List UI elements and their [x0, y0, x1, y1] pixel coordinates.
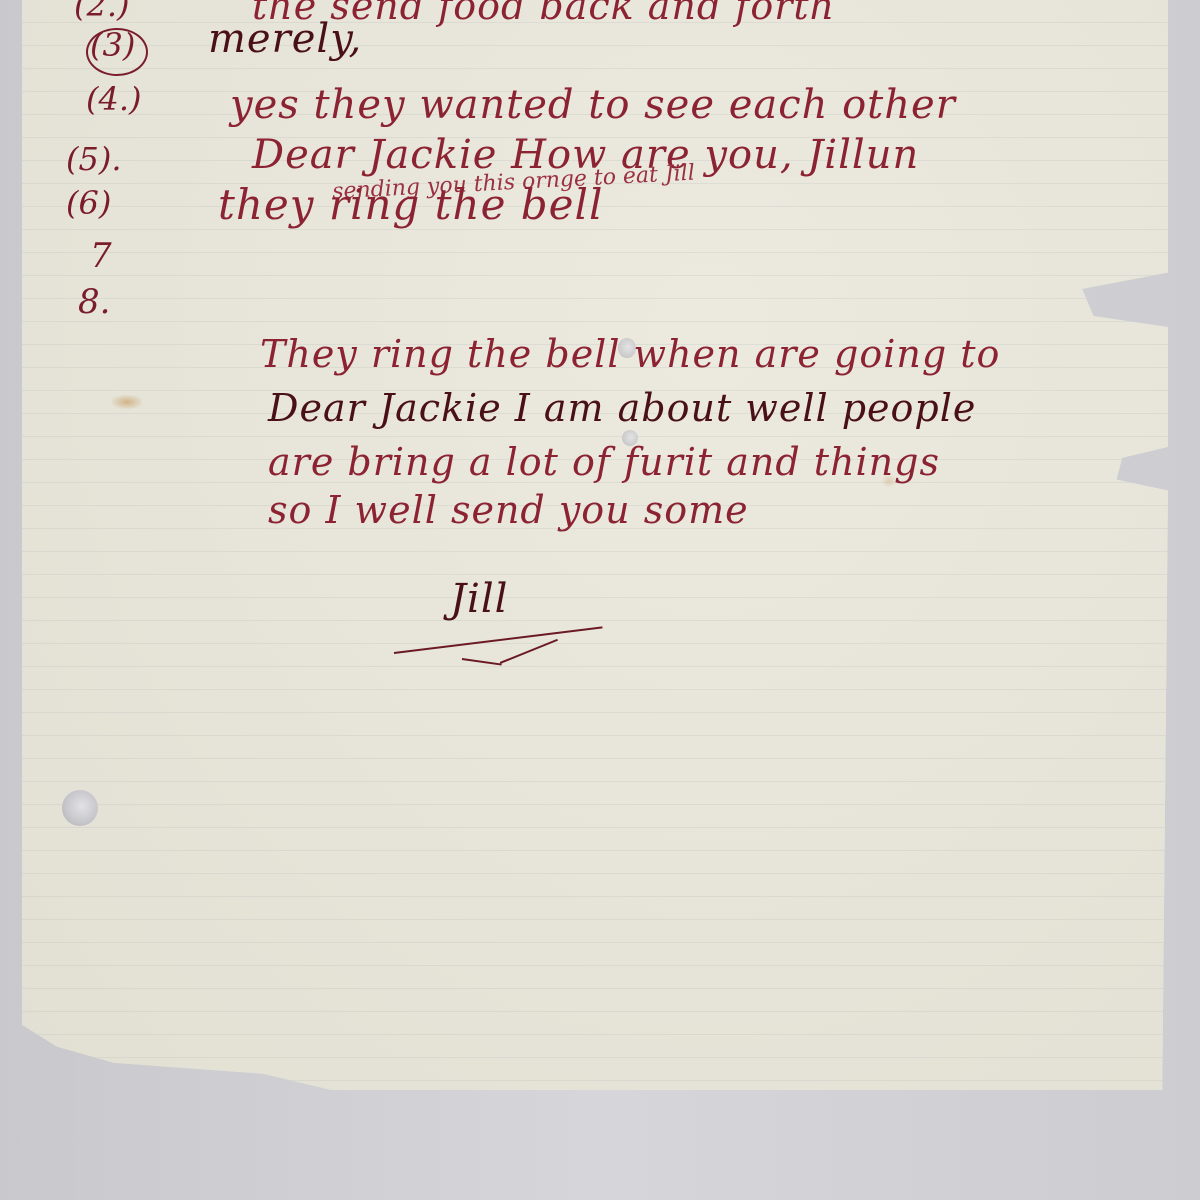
paragraph-line-4: so I well send you some: [268, 488, 749, 532]
answer-number-2: (2.): [74, 0, 130, 24]
paragraph-line-2: Dear Jackie I am about well people: [268, 386, 976, 430]
answer-text-6: they ring the bell: [218, 180, 603, 229]
paragraph-line-1: They ring the bell when are going to: [260, 332, 1000, 376]
lined-paper-sheet: (2.) the send food back and forth (3) me…: [22, 0, 1168, 1090]
answer-number-7: 7: [90, 236, 112, 276]
signature-flourish-2: [500, 639, 558, 664]
binder-hole: [62, 790, 98, 826]
signature-underline: [394, 626, 603, 654]
paragraph-line-3: are bring a lot of furit and things: [268, 440, 940, 484]
answer-number-6: (6): [66, 184, 111, 222]
answer-text-3: merely,: [208, 16, 362, 62]
signature-flourish: [462, 658, 502, 665]
signature: Jill: [450, 576, 508, 622]
answer-number-8: 8.: [78, 282, 110, 322]
answer-number-4: (4.): [86, 80, 142, 118]
paragraph-line-2-text: Dear Jackie I am about well people: [268, 386, 976, 430]
paper-stain: [112, 395, 142, 409]
answer-number-5: (5).: [66, 140, 122, 178]
answer-text-4: yes they wanted to see each other: [230, 82, 956, 128]
answer-number-3: (3): [90, 26, 135, 64]
